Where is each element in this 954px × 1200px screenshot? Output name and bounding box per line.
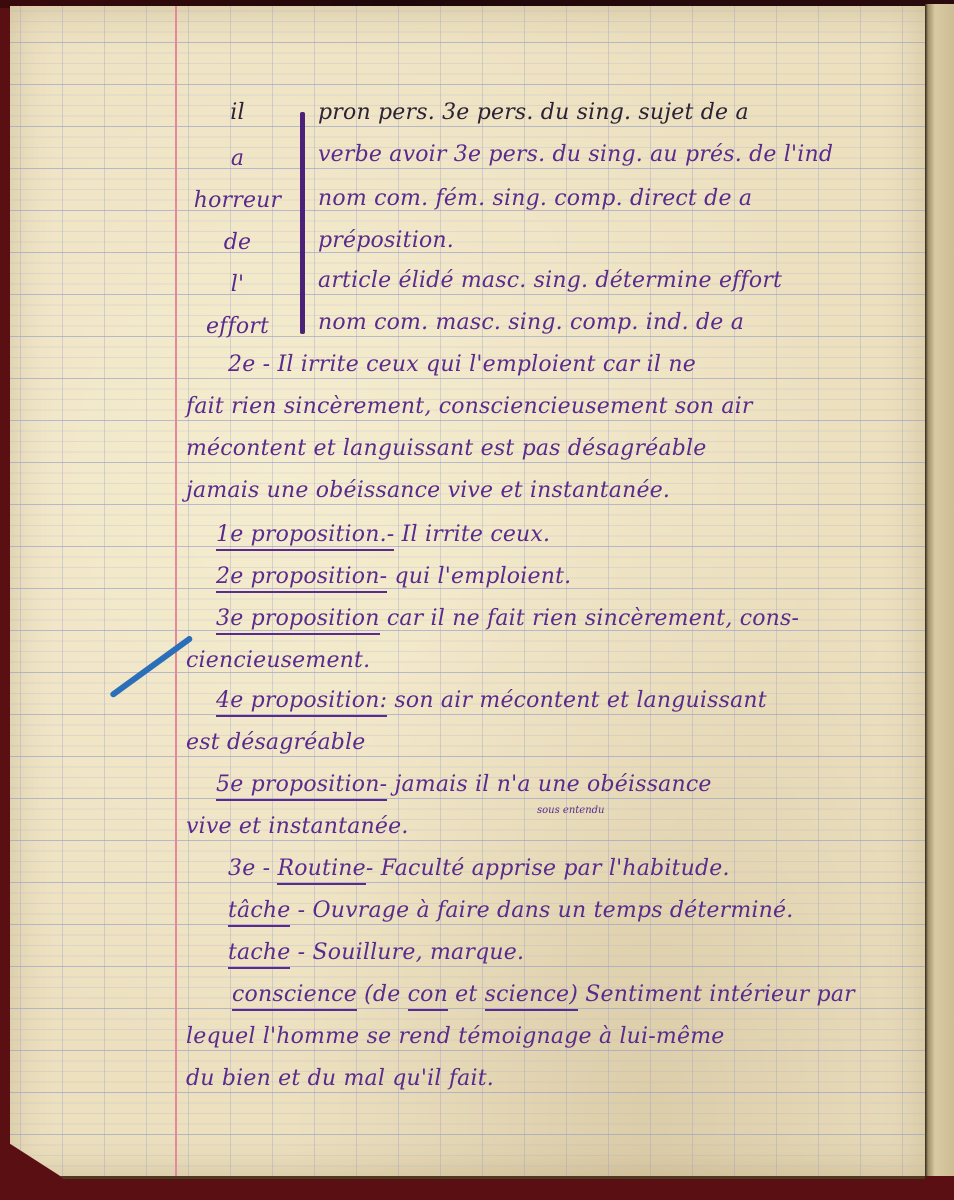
definition-sep: -	[298, 898, 306, 923]
analysis-word: horreur	[185, 188, 290, 213]
proposition-continuation: ciencieusement.	[186, 648, 370, 673]
section-2-line: fait rien sincèrement, consciencieusemen…	[186, 394, 753, 419]
etymology-mid: et	[455, 982, 477, 1007]
analysis-description: nom com. fém. sing. comp. direct de a	[318, 186, 752, 211]
proposition-continuation: est désagréable	[186, 730, 366, 755]
proposition-continuation: vive et instantanée.	[186, 814, 409, 839]
sous-entendu-note: sous entendu	[537, 805, 604, 816]
definition-term: tâche	[228, 898, 290, 927]
definition-continuation: du bien et du mal qu'il fait.	[186, 1066, 494, 1091]
proposition-label: 2e proposition-	[216, 564, 387, 593]
definition-term: tache	[228, 940, 290, 969]
analysis-brace	[300, 112, 305, 334]
proposition-line: 2e proposition- qui l'emploient.	[216, 564, 571, 589]
definition-text: Sentiment intérieur par	[585, 982, 855, 1007]
proposition-label: 4e proposition:	[216, 688, 387, 717]
definition-line: 3e - Routine- Faculté apprise par l'habi…	[228, 856, 730, 881]
analysis-word: effort	[185, 314, 290, 339]
section-2-line: mécontent et languissant est pas désagré…	[186, 436, 706, 461]
proposition-label: 1e proposition.-	[216, 522, 394, 551]
adjacent-page-edge	[925, 4, 954, 1176]
etymology-part: con	[408, 982, 448, 1011]
definition-line: tâche - Ouvrage à faire dans un temps dé…	[228, 898, 793, 923]
analysis-word: l'	[185, 272, 290, 297]
definition-text: Souillure, marque.	[313, 940, 525, 965]
definition-text: Ouvrage à faire dans un temps déterminé.	[313, 898, 794, 923]
proposition-text: Il irrite ceux.	[402, 522, 551, 547]
etymology-prefix: (de	[364, 982, 400, 1007]
proposition-line: 3e proposition car il ne fait rien sincè…	[216, 606, 799, 631]
analysis-description: nom com. masc. sing. comp. ind. de a	[318, 310, 744, 335]
analysis-description: article élidé masc. sing. détermine effo…	[318, 268, 782, 293]
proposition-line: 5e proposition- jamais il n'a une obéiss…	[216, 772, 712, 797]
proposition-label: 5e proposition-	[216, 772, 387, 801]
etymology-part: science)	[485, 982, 578, 1011]
definition-sep: -	[366, 856, 374, 881]
analysis-description: préposition.	[318, 228, 454, 253]
definition-line: tache - Souillure, marque.	[228, 940, 524, 965]
red-margin-line	[175, 6, 177, 1176]
proposition-line: 4e proposition: son air mécontent et lan…	[216, 688, 767, 713]
analysis-word: de	[185, 230, 290, 255]
proposition-text: qui l'emploient.	[394, 564, 571, 589]
analysis-description: verbe avoir 3e pers. du sing. au prés. d…	[318, 142, 833, 167]
section-number: 3e -	[228, 856, 270, 881]
section-number: 2e -	[228, 352, 270, 377]
definition-text: Faculté apprise par l'habitude.	[381, 856, 730, 881]
definition-line: conscience (de con et science) Sentiment…	[232, 982, 855, 1007]
definition-term: Routine	[277, 856, 365, 885]
paragraph-text: Il irrite ceux qui l'emploient car il ne	[277, 352, 695, 377]
analysis-word: a	[185, 146, 290, 171]
definition-term: conscience	[232, 982, 357, 1011]
analysis-description: pron pers. 3e pers. du sing. sujet de a	[318, 100, 749, 125]
proposition-text: son air mécontent et languissant	[394, 688, 766, 713]
proposition-text: jamais il n'a une obéissance	[394, 772, 711, 797]
definition-sep: -	[298, 940, 306, 965]
analysis-word: il	[185, 100, 290, 125]
section-2-line: jamais une obéissance vive et instantané…	[186, 478, 670, 503]
proposition-line: 1e proposition.- Il irrite ceux.	[216, 522, 550, 547]
proposition-label: 3e proposition	[216, 606, 380, 635]
definition-continuation: lequel l'homme se rend témoignage à lui-…	[186, 1024, 725, 1049]
proposition-text: car il ne fait rien sincèrement, cons-	[387, 606, 799, 631]
section-2-line: 2e - Il irrite ceux qui l'emploient car …	[228, 352, 696, 377]
